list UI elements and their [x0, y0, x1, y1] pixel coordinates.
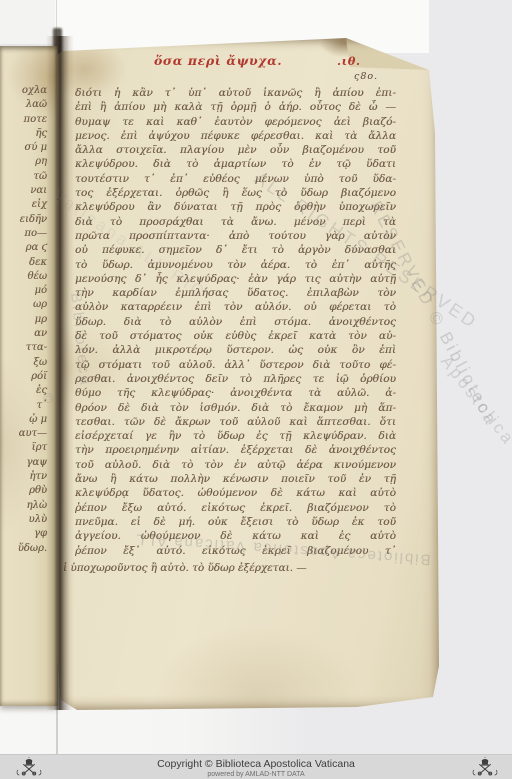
manuscript-line: ἄλλα στοιχεῖα. πλαγίου μὲν οὖν βιαζομένο…	[75, 143, 396, 157]
manuscript-line: τὴν προειρημένην αἰτίαν. ἐξέρχεται δὲ ἀν…	[75, 443, 396, 457]
watermark-apostolica: Apostolica Vaticana	[436, 352, 512, 526]
manuscript-line: τος ἐξέρχεται. ὀρθῶς ἢ ἕως τὸ ὕδωρ βιαζό…	[75, 186, 396, 200]
manuscript-line: τῷ στόματι τοῦ αὐλοῦ. ἀλλ᾽ ὕστερον διὰ τ…	[75, 358, 396, 372]
rubric-header: ὅσα περὶ ἄψυχα. .ιθ.	[154, 53, 414, 68]
folio-mark: ς8ο.	[354, 71, 378, 82]
footer-copyright-text: Copyright © Biblioteca Apostolica Vatica…	[0, 758, 512, 770]
left-page-line-fragment: ᾧ μ	[0, 413, 52, 427]
left-page-line-fragment: ξω	[0, 356, 52, 370]
manuscript-line: κλεψύδρᾳ ὕδατος. ὠθούμενον δὲ κάτω καὶ α…	[75, 486, 396, 500]
left-page-line-fragment: ειδῆν	[0, 213, 52, 227]
manuscript-line: ρεσθαι. ἀνοιχθέντος δεῖν τὸ πλῆρες τε ἰῷ…	[75, 372, 396, 386]
left-page-line-fragment: ρόϊ	[0, 370, 52, 384]
manuscript-text-block: διότι ἡ κἂν τ᾽ ὑπ᾽ αὐτοῦ ἱκανῶς ἢ ἀπίου …	[75, 86, 396, 558]
manuscript-line: ἄνω ἢ κάτω πολλὴν κένωσιν ποιεῖν τοῦ ἐν …	[75, 472, 396, 486]
left-page-line-fragment: γαψ	[0, 456, 52, 470]
rubric-title: ὅσα περὶ ἄψυχα.	[154, 53, 282, 68]
left-page-line-fragment: ηλὼ	[0, 499, 52, 513]
manuscript-line: ῥέπον ἔξω αὐτό. εἰκότως ἐκρεῖ. βιαζόμενο…	[75, 501, 396, 515]
left-page-line-fragment: λαῶ	[0, 98, 52, 112]
left-page-line-fragment: αυτ—	[0, 427, 52, 441]
left-page-line-fragment: θέω	[0, 270, 52, 284]
manuscript-line: τοῦ αὐλοῦ. διὰ τὸ τὸν ἐν αὐτῷ ἀέρα κινού…	[75, 458, 396, 472]
manuscript-line: δὲ τοῦ στόματος οὐκ εὐθὺς ἐκρεῖ κατὰ τὸν…	[75, 329, 396, 343]
left-page-line-fragment: υλὺ	[0, 513, 52, 527]
left-page-line-fragment: ρθὺ	[0, 484, 52, 498]
manuscript-line: τὸ ὕδωρ. ἀμυνομένου τὸν ἀέρα. τὸ ἐπ᾽ αὐτ…	[75, 258, 396, 272]
manuscript-line: ἐπὶ ἢ ἀπίου μὴ καλὰ τῇ ὁρμῇ ὁ ἀήρ. οὗτος…	[75, 100, 396, 114]
left-page-line-fragments: οχλαλαῶποτεῆςσύ μρητῶναιεἶχειδῆνπο—ρα ϛδ…	[0, 84, 52, 556]
left-page-line-fragment: μρ	[0, 313, 52, 327]
left-page-line-fragment: μό	[0, 284, 52, 298]
manuscript-line: μενούσης δ᾽ ἧς κλεψύδρας· ἐὰν γάρ τις αὐ…	[75, 272, 396, 286]
left-page-line-fragment: δεκ	[0, 256, 52, 270]
left-page-line-fragment: ὕδωρ.	[0, 542, 52, 556]
manuscript-line: αὐλὸν καταρρέειν ἐπὶ τὸν αὐλόν. οὐ φέρετ…	[75, 300, 396, 314]
manuscript-line: θύμο τῆς κλεψύδρας· ἀνοιχθέντα τὰ αὐλῶ. …	[75, 386, 396, 400]
left-page-line-fragment: ποτε	[0, 113, 52, 127]
manuscript-line: οὐ πέφυκε. σημεῖον δ᾽ ἔτι τὸ ἀργὸν δύνασ…	[75, 243, 396, 257]
left-page-line-fragment: ττα-	[0, 341, 52, 355]
manuscript-line: πρῶτα προσπίπταντα· ἀπὸ τούτου γὰρ αὐτὸν	[75, 229, 396, 243]
left-page-line-fragment: ἐς	[0, 384, 52, 398]
left-page-line-fragment: τῶ	[0, 170, 52, 184]
manuscript-line: κλεψύδρου ἂν δύναται τῇ πρὸς ὀρθὴν ὑποχω…	[75, 200, 396, 214]
manuscript-line: ἀγγείου. ὠθούμενον δὲ κάτω καὶ ἐς αὐτὸ	[75, 529, 396, 543]
left-page-line-fragment: ωρ	[0, 298, 52, 312]
left-page-line-fragment: ἡτν	[0, 470, 52, 484]
left-page-line-fragment: ναι	[0, 184, 52, 198]
manuscript-line: κλεψύδρου. διὰ τὸ ἁμαρτίων τὸ ἐν τῷ ὕδατ…	[75, 157, 396, 171]
left-page-line-fragment: εἶχ	[0, 198, 52, 212]
manuscript-line: θυμαψ τε καὶ καθ᾽ ἑαυτὸν φερόμενος ἀεὶ β…	[75, 115, 396, 129]
manuscript-line: ῥέπον ἔξ᾽ αὐτό. εἰκότως ἐκρεῖ βιαζομένου…	[75, 544, 396, 558]
manuscript-line: διότι ἡ κἂν τ᾽ ὑπ᾽ αὐτοῦ ἱκανῶς ἢ ἀπίου …	[75, 86, 396, 100]
left-page-line-fragment: γφ	[0, 527, 52, 541]
left-page-line-fragment: τ᾽	[0, 399, 52, 413]
manuscript-line: μενος. ἐπὶ ἀψύχου πέφυκε φέρεσθαι. καὶ τ…	[75, 129, 396, 143]
left-page-line-fragment: πο—	[0, 227, 52, 241]
manuscript-line: ὕδωρ. διὰ τὸ αὐλὸν ἐπὶ στόμα. ἀνοιχθέντο…	[75, 315, 396, 329]
scan-viewer: { "manuscript": { "header": { "title": "…	[0, 0, 512, 779]
backing-sheet-top-left	[0, 0, 56, 44]
chapter-number: .ιθ.	[337, 54, 361, 68]
sheet-seam-bottom	[56, 700, 58, 756]
left-page-line-fragment: ρα ϛ	[0, 241, 52, 255]
left-page-line-fragment: οχλα	[0, 84, 52, 98]
manuscript-final-line: ἱ ὑποχωροῦντος ἢ αὐτὸ. τὸ ὕδωρ ἐξέρχεται…	[63, 562, 307, 574]
left-page-line-fragment: ῆς	[0, 127, 52, 141]
manuscript-line: τεσθαι. τῶν δὲ ἄκρων τοῦ αὐλοῦ καὶ ἅπτεσ…	[75, 415, 396, 429]
manuscript-line: εἰσέρχεταί γε ἢν τὸ ὕδωρ ἐς τῇ κλεψύδραν…	[75, 429, 396, 443]
manuscript-line: διὰ τὸ προσράχθαι τὰ ἄνω. μένον περὶ τὰ	[75, 215, 396, 229]
manuscript-line: τὴν καρδίαν ἐμπλήσας ὕδατος. ἐπιλαβὼν τὸ…	[75, 286, 396, 300]
footer-bar: Copyright © Biblioteca Apostolica Vatica…	[0, 754, 512, 779]
manuscript-line: θρόον δὲ διὰ τὸν ἰσθμόν. διὰ τὸ ἔκαμον μ…	[75, 401, 396, 415]
manuscript-line: τουτέστιν τ᾽ ἐπ᾽ εὐθέος μένων ὑπὸ τοῦ ὕδ…	[75, 172, 396, 186]
left-page-line-fragment: ϊρτ	[0, 441, 52, 455]
manuscript-line: λόν. ἀλλὰ μικροτέρῳ ὕστερον. ὡς οὐκ ὂν ἐ…	[75, 343, 396, 357]
left-page-line-fragment: ρη	[0, 155, 52, 169]
left-page: οχλαλαῶποτεῆςσύ μρητῶναιεἶχειδῆνπο—ρα ϛδ…	[0, 46, 58, 706]
manuscript-page: ὅσα περὶ ἄψυχα. .ιθ. ς8ο. διότι ἡ κἂν τ᾽…	[57, 38, 440, 710]
left-page-line-fragment: σύ μ	[0, 141, 52, 155]
left-page-line-fragment: αν	[0, 327, 52, 341]
vatican-emblem-icon	[468, 757, 502, 778]
footer-powered-text: powered by AMLAD-NTT DATA	[0, 771, 512, 778]
manuscript-line: πνεῦμα. εἰ δὲ μή. οὐκ ἔξεισι τὸ ὕδωρ ἐκ …	[75, 515, 396, 529]
